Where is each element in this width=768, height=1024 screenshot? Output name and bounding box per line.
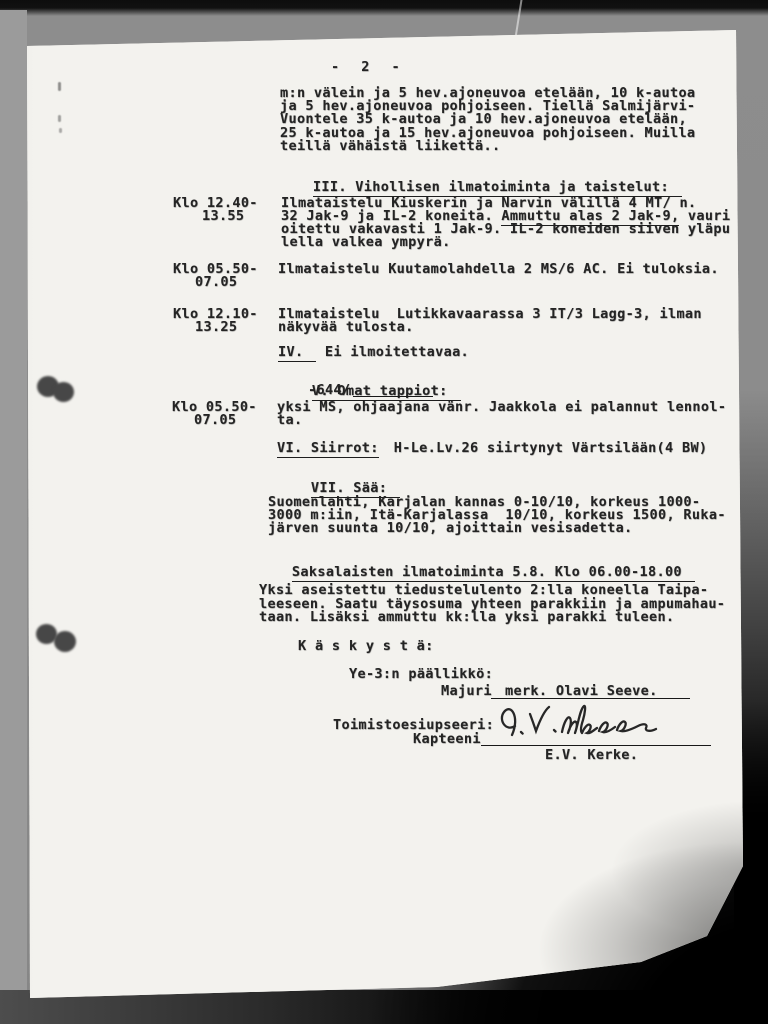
- section-v-annotation: -644/: [308, 384, 350, 397]
- signature-rule-1: [491, 698, 690, 699]
- entry2-line: Ilmataistelu Kuutamolahdella 2 MS/6 AC. …: [278, 263, 719, 276]
- intro-line: teillä vähäistä liikettä..: [280, 140, 500, 153]
- entry3-line: näkyvää tulosta.: [278, 321, 414, 334]
- weather-line: järven suunta 10/10, ajoittain vesisadet…: [268, 522, 633, 535]
- section-vi: VI. Siirrot:H-Le.Lv.26 siirtynyt Värtsil…: [277, 442, 707, 455]
- section-vi-text: H-Le.Lv.26 siirtynyt Värtsilään(4 BW): [379, 440, 708, 456]
- stray-mark: [58, 82, 61, 91]
- ink-blot: [53, 382, 74, 402]
- signoff-signed2: E.V. Kerke.: [545, 749, 638, 762]
- german-ops-heading-text: Saksalaisten ilmatoiminta 5.8. Klo 06.00…: [292, 564, 695, 582]
- entry4-line: ta.: [277, 414, 302, 427]
- entry4-time-end: 07.05: [194, 414, 236, 427]
- entry2-time-end: 07.05: [195, 276, 237, 289]
- section-iv-text: Ei ilmoitettavaa.: [316, 344, 469, 360]
- stray-mark: [59, 128, 62, 133]
- signoff-rank1: Majuri: [441, 685, 492, 698]
- entry1-line: lella valkea ympyrä.: [281, 236, 451, 249]
- entry1-time-end: 13.55: [202, 210, 244, 223]
- section-iv-label: IV.: [278, 344, 316, 362]
- order-phrase: K ä s k y s t ä:: [298, 640, 434, 653]
- german-ops-line: taan. Lisäksi ammuttu kk:lla yksi parakk…: [259, 611, 674, 624]
- section-vi-label: VI. Siirrot:: [277, 440, 379, 458]
- signoff-signed1: merk. Olavi Seeve.: [505, 685, 658, 698]
- stray-mark: [58, 115, 61, 122]
- handwritten-signature: [498, 701, 673, 749]
- document-page: - 2 - m:n välein ja 5 hev.ajoneuvoa etel…: [0, 0, 768, 1024]
- section-iv: IV. Ei ilmoitettavaa.: [278, 346, 469, 359]
- annotation-rule: [353, 396, 433, 397]
- entry3-time-end: 13.25: [195, 321, 237, 334]
- entry4-line: yksi MS, ohjaajana vänr. Jaakkola ei pal…: [277, 401, 726, 414]
- signoff-rank2: Kapteeni: [413, 733, 481, 746]
- page-number: - 2 -: [331, 61, 407, 74]
- signoff-role1: Ye-3:n päällikkö:: [349, 668, 493, 681]
- ink-blot: [54, 631, 76, 652]
